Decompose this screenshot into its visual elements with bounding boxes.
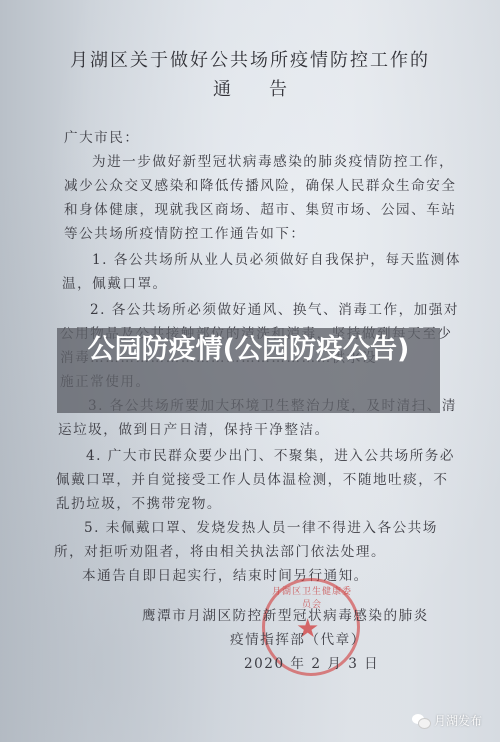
signature-line: 鹰潭市月湖区防控新型冠状病毒感染的肺炎	[142, 604, 429, 624]
item-1-line: 1. 各公共场所从业人员必须做好自我保护，每天监测体	[92, 248, 461, 268]
item-4-line: 4. 广大市民群众要少出门、不聚集，进入公共场所务必	[86, 444, 455, 464]
intro-line: 和身体健康，现就我区商场、超市、集贸市场、公园、车站	[64, 198, 456, 218]
watermark: 月湖发布	[412, 712, 482, 729]
salutation: 广大市民：	[64, 126, 139, 146]
document-title: 月湖区关于做好公共场所疫情防控工作的	[0, 46, 500, 72]
item-2-line: 2. 各公共场所必须做好通风、换气、消毒工作，加强对	[90, 298, 459, 318]
wechat-icon	[412, 714, 430, 728]
intro-line: 为进一步做好新型冠状病毒感染的肺炎疫情防控工作，	[92, 150, 454, 170]
intro-line: 等公共场所疫情防控工作通告如下：	[64, 222, 306, 242]
item-5-line: 所，对拒听劝阻者，将由相关执法部门依法处理。	[54, 540, 386, 560]
document-title-notice: 通告	[0, 75, 500, 101]
item-3-line: 运垃圾，做到日产日清，保持干净整洁。	[58, 418, 330, 438]
item-4-line: 乱扔垃圾，不携带宠物。	[56, 492, 222, 512]
watermark-label: 月湖发布	[434, 712, 482, 729]
item-5-line: 5. 未佩戴口罩、发烧发热人员一律不得进入各公共场	[84, 516, 438, 536]
signature-line: 疫情指挥部（代章）	[230, 628, 366, 648]
document-date: 2020 年 2 月 3 日	[244, 652, 379, 672]
item-1-line: 温，佩戴口罩。	[62, 272, 168, 292]
overlay-title: 公园防疫情(公园防疫公告)	[57, 332, 440, 368]
item-4-line: 佩戴口罩，并自觉接受工作人员体温检测，不随地吐痰，不	[56, 468, 448, 488]
intro-line: 减少公众交叉感染和降低传播风险，确保人民群众生命安全	[64, 174, 456, 194]
